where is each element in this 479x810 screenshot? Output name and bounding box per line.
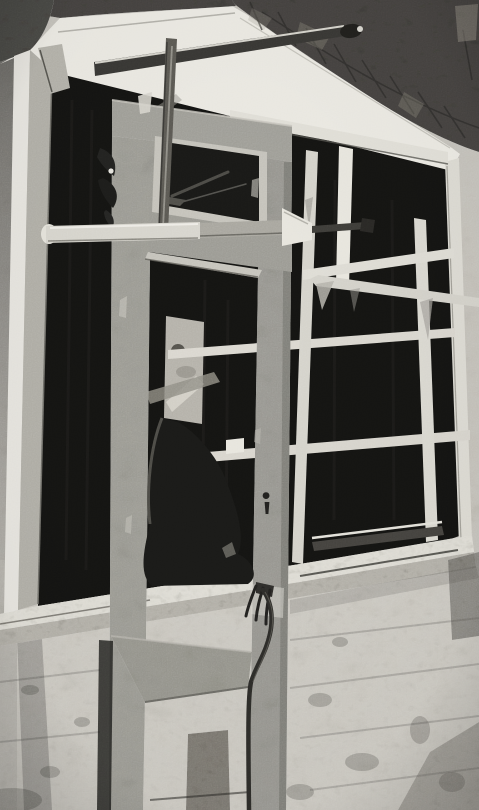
bw-photograph-broken-window — [0, 0, 479, 810]
photo-canvas — [0, 0, 479, 810]
vignette-overlay — [0, 0, 479, 810]
